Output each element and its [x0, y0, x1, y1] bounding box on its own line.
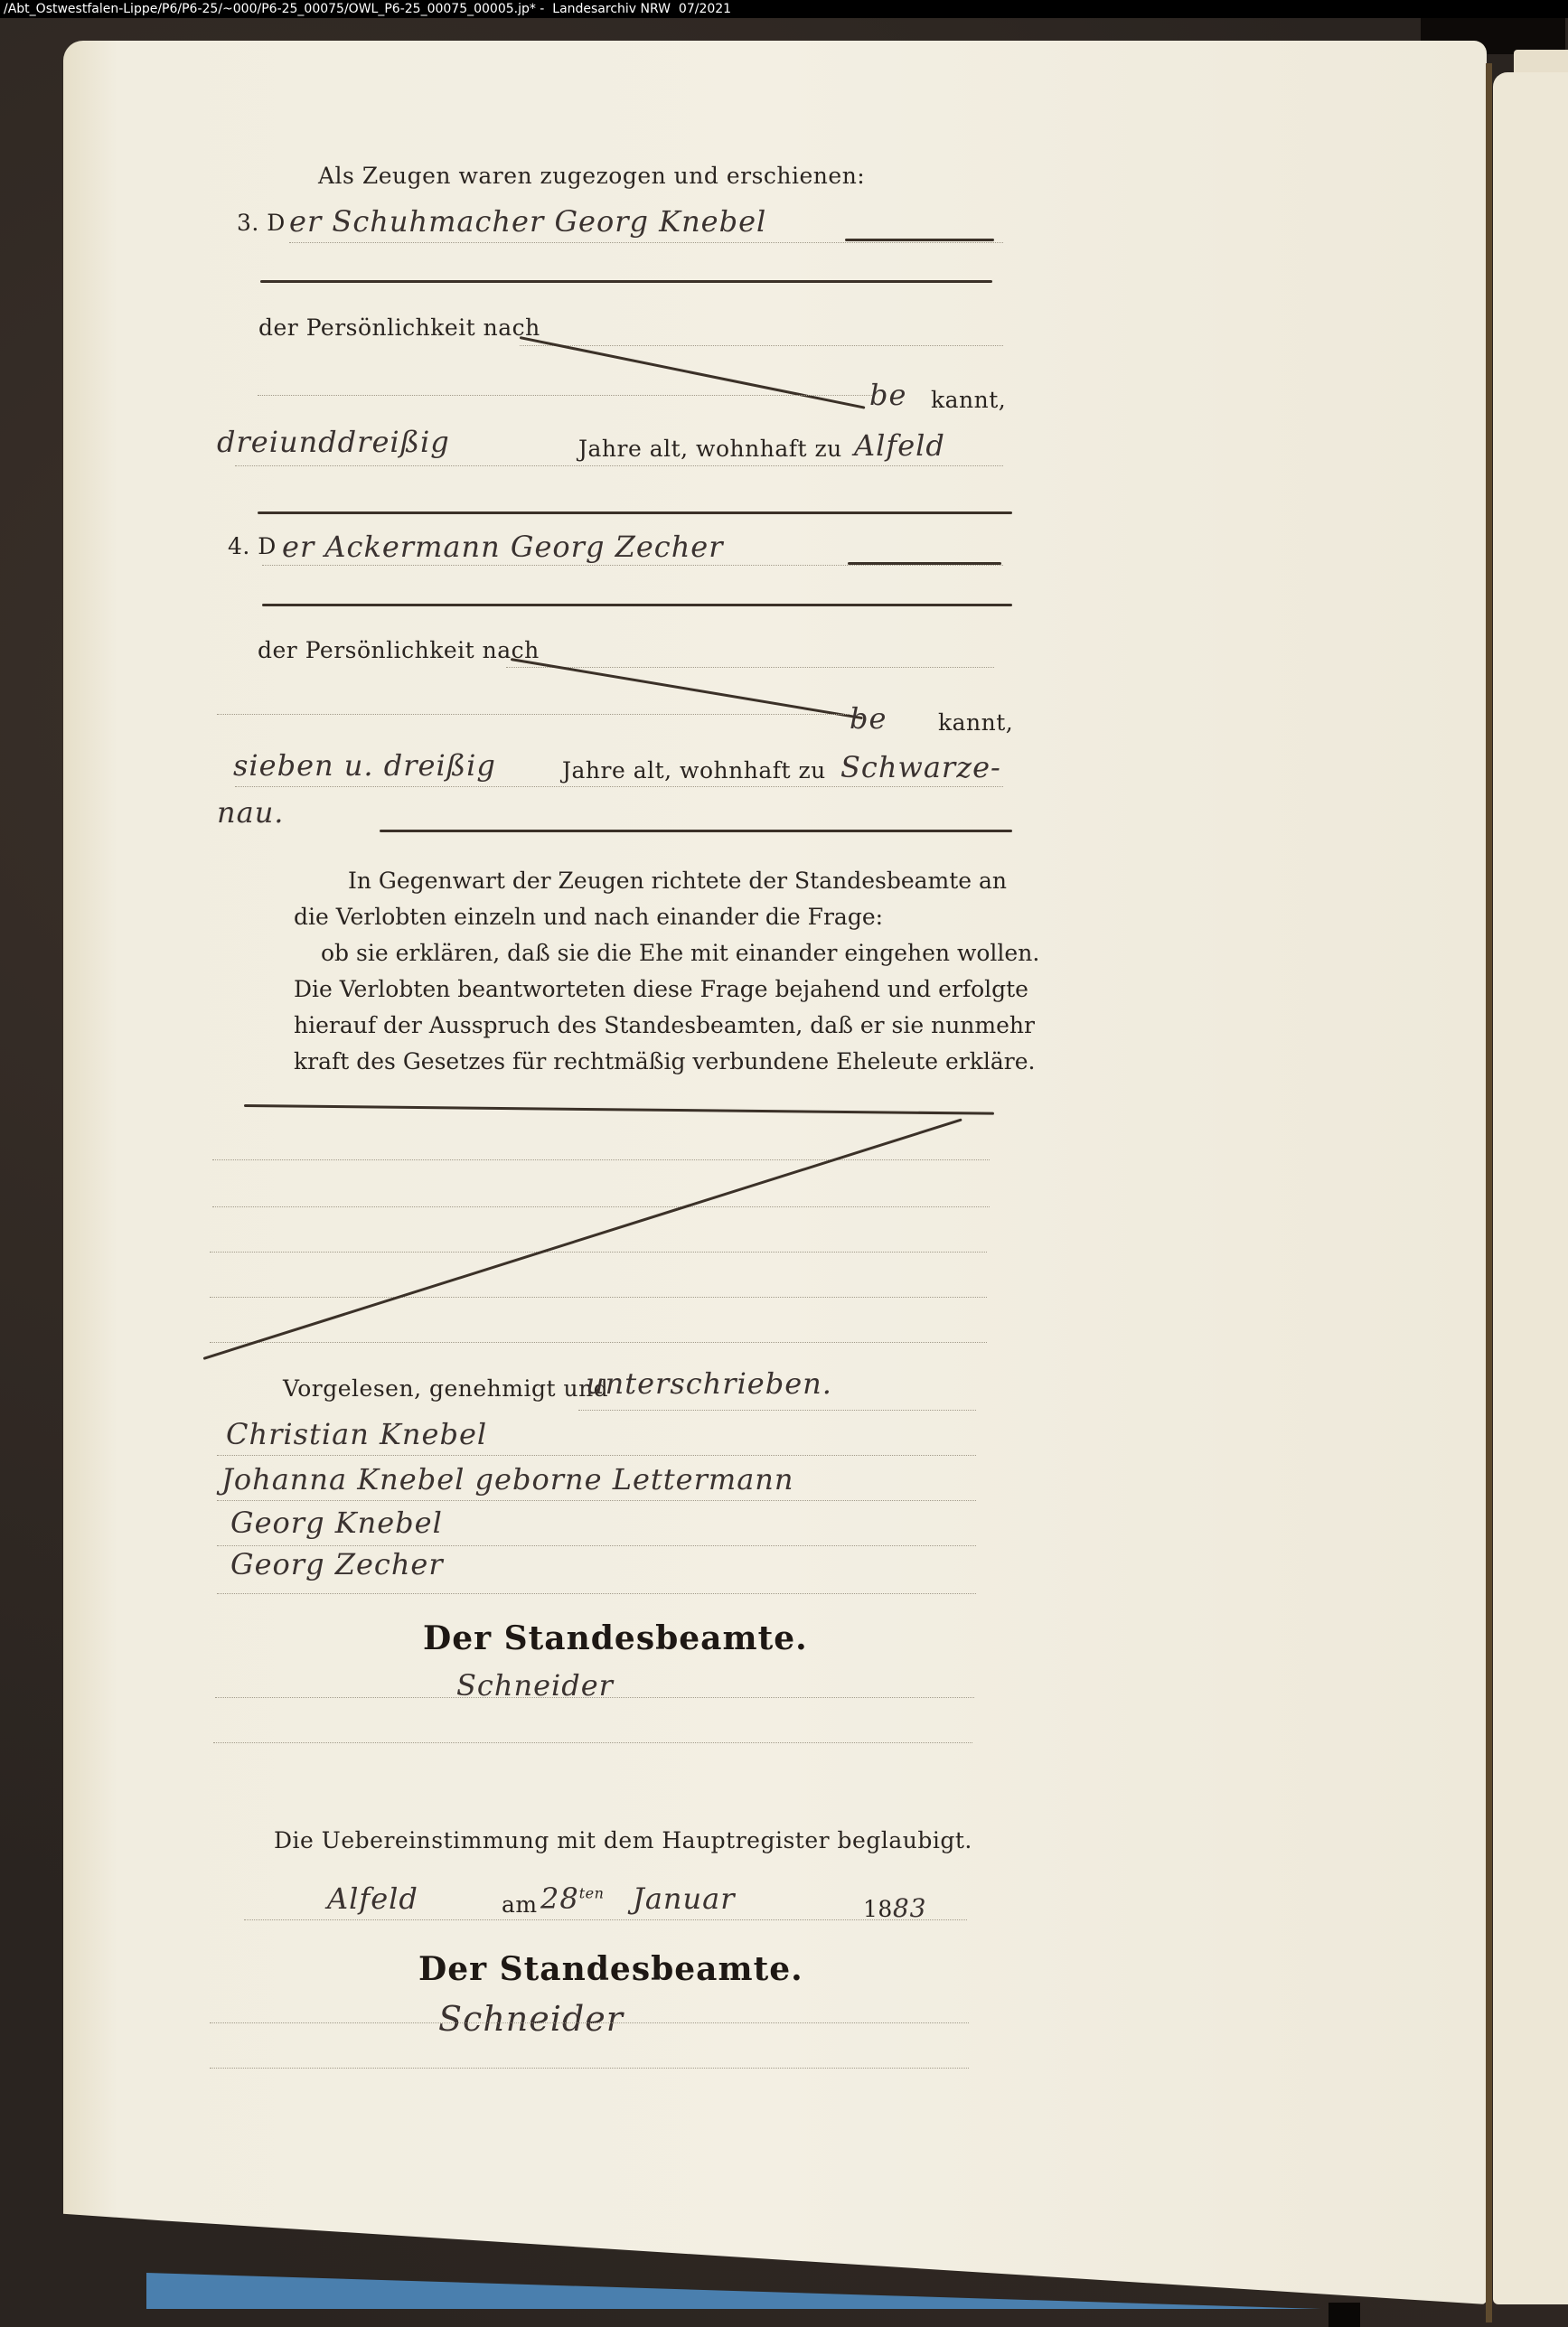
dotted-line [210, 1342, 987, 1343]
dotted-line [210, 1252, 987, 1253]
dotted-line [289, 242, 1003, 243]
fill-rule [258, 511, 1012, 514]
witness3-identity-label: der Persönlichkeit nach [258, 314, 540, 341]
signature-line: Georg Knebel [230, 1506, 443, 1540]
ceremony-paragraph: In Gegenwart der Zeugen richtete der Sta… [294, 863, 999, 1080]
page-content: Als Zeugen waren zugezogen und erschiene… [0, 0, 1568, 2327]
dotted-line [215, 1697, 974, 1698]
fill-rule [380, 830, 1012, 832]
cert-day-suffix: ten [579, 1884, 605, 1901]
witness3-name: er Schuhmacher Georg Knebel [289, 204, 766, 239]
fill-rule [260, 280, 992, 283]
registrar-label: Der Standesbeamte. [423, 1619, 808, 1657]
witness3-age: dreiunddreißig [217, 425, 450, 459]
signature-line: Georg Zecher [230, 1547, 444, 1581]
witness4-known-suffix: be [850, 701, 887, 736]
witness4-residence-cont: nau. [217, 795, 284, 830]
strike-line [203, 1118, 962, 1359]
dotted-line [213, 1742, 972, 1743]
fill-rule [845, 239, 994, 241]
dotted-line [262, 565, 1003, 566]
read-approved-handwritten: unterschrieben. [586, 1366, 832, 1401]
cert-year-prefix: 18 [863, 1896, 893, 1922]
dotted-line [210, 1297, 987, 1298]
dotted-line [217, 1500, 976, 1501]
cert-day-value: 28 [540, 1881, 579, 1916]
paragraph-line: kraft des Gesetzes für rechtmäßig verbun… [294, 1044, 999, 1080]
signature-line: Johanna Knebel geborne Lettermann [221, 1462, 794, 1497]
witness4-known-label: kannt, [938, 709, 1013, 736]
witness4-age: sieben u. dreißig [233, 748, 496, 783]
witness3-age-label: Jahre alt, wohnhaft zu [578, 436, 842, 462]
dotted-line [506, 667, 994, 668]
block-top-rule [244, 1104, 994, 1115]
read-approved-label: Vorgelesen, genehmigt und [283, 1375, 608, 1402]
dotted-line [244, 1919, 967, 1920]
paragraph-line: In Gegenwart der Zeugen richtete der Sta… [294, 863, 999, 899]
witness4-residence: Schwarze- [840, 750, 1001, 784]
paragraph-line: die Verlobten einzeln und nach einander … [294, 899, 999, 935]
witness4-name: er Ackermann Georg Zecher [282, 530, 724, 564]
dotted-line [210, 2068, 969, 2069]
dotted-line [212, 1159, 990, 1160]
dotted-line [217, 714, 850, 715]
witness4-identity-label: der Persönlichkeit nach [258, 637, 540, 663]
paragraph-line: Die Verlobten beantworteten diese Frage … [294, 971, 999, 1008]
witness3-number: 3. D [237, 210, 286, 236]
witnesses-heading: Als Zeugen waren zugezogen und erschiene… [318, 163, 865, 189]
cert-day: 28ten [540, 1881, 604, 1916]
witness4-number: 4. D [228, 533, 277, 559]
strike-line [520, 336, 866, 409]
cert-place: Alfeld [327, 1881, 418, 1916]
fill-rule [848, 562, 1001, 565]
paragraph-line: hierauf der Ausspruch des Standesbeamten… [294, 1008, 999, 1044]
dotted-line [217, 1455, 976, 1456]
cert-registrar-signature: Schneider [438, 1999, 624, 2039]
dotted-line [235, 465, 1003, 466]
witness3-known-label: kannt, [931, 387, 1006, 413]
witness3-residence: Alfeld [854, 428, 945, 463]
dotted-line [520, 345, 1003, 346]
cert-am-label: am [502, 1891, 538, 1918]
dotted-line [217, 1545, 976, 1546]
fill-rule [262, 604, 1012, 606]
dotted-line [210, 2022, 969, 2023]
cert-month: Januar [633, 1881, 736, 1916]
dotted-line [212, 1206, 990, 1207]
witness3-known-suffix: be [869, 378, 906, 412]
signature-line: Christian Knebel [226, 1417, 487, 1451]
certification-text: Die Uebereinstimmung mit dem Hauptregist… [274, 1827, 972, 1853]
dotted-line [258, 395, 872, 396]
dotted-line [217, 1593, 976, 1594]
witness4-age-label: Jahre alt, wohnhaft zu [562, 757, 826, 783]
dotted-line [578, 1410, 976, 1411]
dotted-line [235, 786, 1003, 787]
cert-registrar-label: Der Standesbeamte. [418, 1950, 803, 1988]
paragraph-line: ob sie erklären, daß sie die Ehe mit ein… [294, 935, 999, 971]
